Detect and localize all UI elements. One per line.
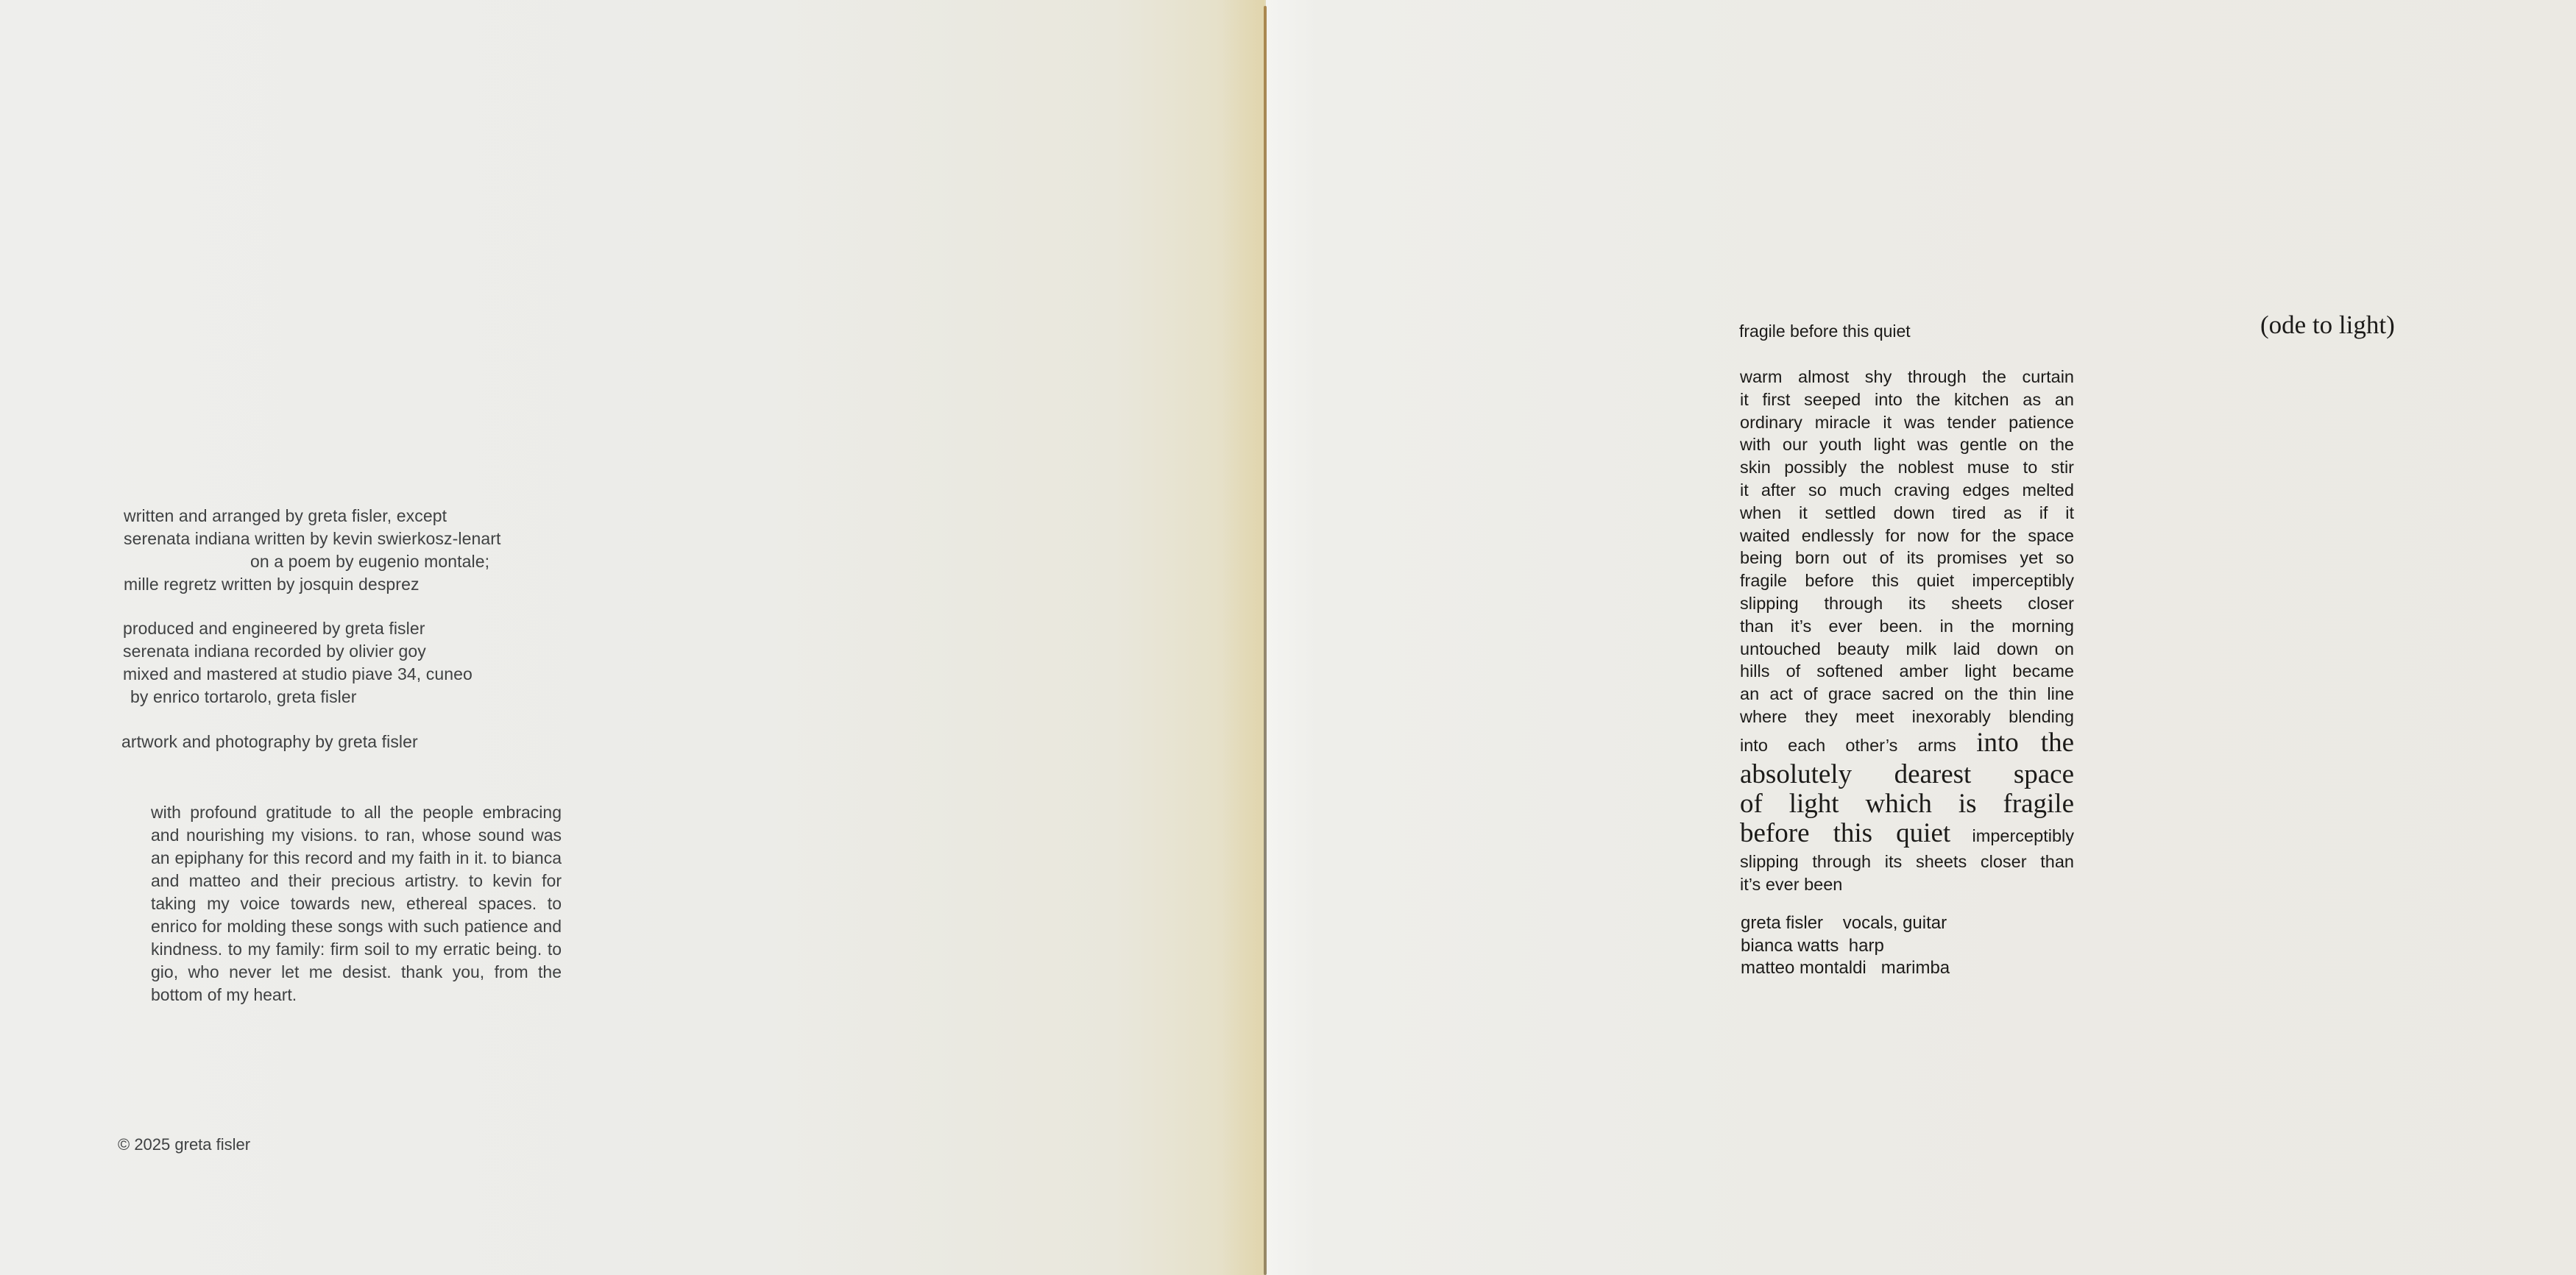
left-page: written and arranged by greta fisler, ex… [0, 0, 1266, 1275]
personnel-row: greta fisler vocals, guitar [1741, 912, 1950, 935]
lyric-line: when it settled down tired as if it [1740, 502, 2074, 525]
lyric-line-mixed: before this quiet imperceptibly [1740, 819, 2074, 850]
lyric-line: with our youth light was gentle on the [1740, 433, 2074, 456]
lyric-small-text: imperceptibly [1972, 826, 2074, 845]
lyric-line: than it’s ever been. in the morning [1740, 615, 2074, 638]
lyric-line: slipping through its sheets closer [1740, 592, 2074, 615]
musician-name: greta fisler [1741, 913, 1823, 933]
gratitude-paragraph: with profound gratitude to all the peopl… [151, 801, 562, 1006]
credit-line: serenata indiana recorded by olivier goy [123, 640, 473, 663]
credit-line: artwork and photography by greta fisler [121, 731, 418, 753]
booklet-spread: written and arranged by greta fisler, ex… [0, 0, 2576, 1275]
musician-role: harp [1849, 936, 1884, 956]
written-credits: written and arranged by greta fisler, ex… [124, 505, 501, 596]
musician-name: bianca watts [1741, 936, 1839, 956]
musician-role: marimba [1881, 958, 1950, 978]
lyric-line: an act of grace sacred on the thin line [1740, 683, 2074, 706]
lyric-line: where they meet inexorably blending [1740, 706, 2074, 728]
credit-line: serenata indiana written by kevin swierk… [124, 528, 501, 550]
lyrics-block: warm almost shy through the curtain it f… [1740, 366, 2074, 895]
song-title: fragile before this quiet [1739, 322, 1911, 341]
lyric-line: waited endlessly for now for the space [1740, 525, 2074, 547]
lyric-emphasis-line: of light which is fragile [1740, 789, 2074, 819]
lyric-line: it’s ever been [1740, 873, 2074, 896]
booklet-spine [1264, 6, 1267, 1275]
personnel-row: bianca watts harp [1741, 935, 1950, 958]
personnel-list: greta fisler vocals, guitar bianca watts… [1741, 912, 1950, 980]
lyric-line-mixed: into each other’s arms into the [1740, 728, 2074, 760]
song-subtitle: (ode to light) [2260, 310, 2395, 340]
lyric-emphasis-text: into the [1976, 728, 2074, 758]
musician-role: vocals, guitar [1843, 913, 1947, 933]
credit-line: mille regretz written by josquin desprez [124, 573, 501, 596]
lyric-emphasis-text: before this quiet [1740, 818, 1950, 848]
credit-line: mixed and mastered at studio piave 34, c… [123, 663, 473, 686]
credit-line: by enrico tortarolo, greta fisler [123, 686, 473, 708]
artwork-credit: artwork and photography by greta fisler [121, 731, 418, 753]
copyright-notice: © 2025 greta fisler [118, 1135, 250, 1154]
lyric-line: warm almost shy through the curtain [1740, 366, 2074, 388]
credit-line: produced and engineered by greta fisler [123, 617, 473, 640]
lyric-line: fragile before this quiet imperceptibly [1740, 569, 2074, 592]
credit-line: written and arranged by greta fisler, ex… [124, 505, 501, 528]
lyric-line: it after so much craving edges melted [1740, 479, 2074, 502]
lyric-small-text: into each other’s arms [1740, 736, 1956, 755]
musician-name: matteo montaldi [1741, 958, 1866, 978]
lyric-emphasis-line: absolutely dearest space [1740, 760, 2074, 789]
lyric-line: it first seeped into the kitchen as an [1740, 388, 2074, 411]
lyric-line: slipping through its sheets closer than [1740, 850, 2074, 873]
lyric-line: ordinary miracle it was tender patience [1740, 411, 2074, 434]
gutter-shadow [1222, 0, 1264, 1275]
production-credits: produced and engineered by greta fisler … [123, 617, 473, 708]
credit-line: on a poem by eugenio montale; [124, 550, 501, 573]
personnel-row: matteo montaldi marimba [1741, 957, 1950, 980]
lyric-line: untouched beauty milk laid down on [1740, 638, 2074, 661]
lyric-line: skin possibly the noblest muse to stir [1740, 456, 2074, 479]
lyric-line: hills of softened amber light became [1740, 660, 2074, 683]
lyric-line: being born out of its promises yet so [1740, 547, 2074, 569]
